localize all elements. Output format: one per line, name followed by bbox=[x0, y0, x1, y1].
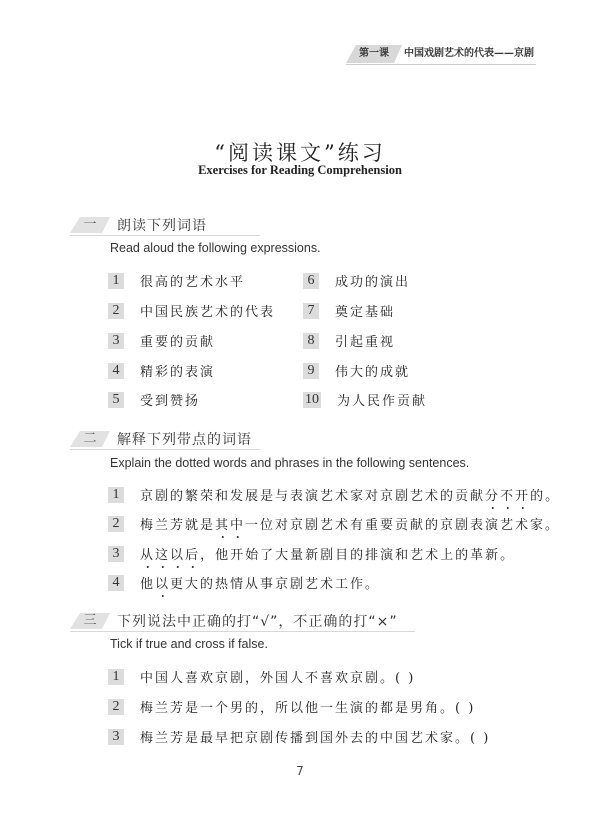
section-rule bbox=[70, 449, 260, 450]
section-1-instruction: Read aloud the following expressions. bbox=[110, 241, 321, 255]
list-item: 2梅兰芳是一个男的，所以他一生演的都是男角。( ) bbox=[108, 696, 475, 714]
section-number: 三 bbox=[70, 613, 110, 629]
item-number: 9 bbox=[303, 363, 319, 379]
section-rule bbox=[70, 235, 260, 236]
item-number: 2 bbox=[108, 516, 124, 532]
item-text: 梅兰芳就是其中一位对京剧艺术有重要贡献的京剧表演艺术家。 bbox=[140, 514, 560, 533]
item-text: 引起重视 bbox=[335, 331, 395, 350]
item-text: 梅兰芳是一个男的，所以他一生演的都是男角。( ) bbox=[140, 697, 475, 716]
item-text: 京剧的繁荣和发展是与表演艺术家对京剧艺术的贡献分不开的。 bbox=[140, 485, 560, 504]
item-number: 3 bbox=[108, 729, 124, 745]
item-text: 重要的贡献 bbox=[140, 331, 215, 350]
section-number: 一 bbox=[70, 217, 110, 233]
dotted-phrase: 从这以后 bbox=[140, 548, 200, 563]
list-item: 6成功的演出 bbox=[303, 270, 410, 288]
list-item: 5受到赞扬 bbox=[108, 389, 200, 407]
item-text: 精彩的表演 bbox=[140, 361, 215, 380]
list-item: 1京剧的繁荣和发展是与表演艺术家对京剧艺术的贡献分不开的。 bbox=[108, 484, 560, 502]
section-3-instruction: Tick if true and cross if false. bbox=[110, 637, 268, 651]
item-text: 中国人喜欢京剧，外国人不喜欢京剧。( ) bbox=[140, 667, 415, 686]
section-label: 下列说法中正确的打“√”，不正确的打“×” bbox=[117, 611, 398, 631]
item-text: 梅兰芳是最早把京剧传播到国外去的中国艺术家。( ) bbox=[140, 727, 490, 746]
item-number: 3 bbox=[108, 546, 124, 562]
item-number: 6 bbox=[303, 273, 319, 289]
item-number: 1 bbox=[108, 669, 124, 685]
dotted-phrase: 其中 bbox=[215, 518, 245, 533]
list-item: 4精彩的表演 bbox=[108, 360, 215, 378]
item-text: 从这以后，他开始了大量新剧目的排演和艺术上的革新。 bbox=[140, 544, 515, 563]
header-rule bbox=[346, 64, 536, 65]
section-2-instruction: Explain the dotted words and phrases in … bbox=[110, 456, 469, 470]
item-text: 成功的演出 bbox=[335, 271, 410, 290]
list-item: 10为人民作贡献 bbox=[303, 389, 427, 407]
item-number: 3 bbox=[108, 333, 124, 349]
section-rule bbox=[70, 631, 415, 632]
page-subtitle: Exercises for Reading Comprehension bbox=[0, 163, 600, 178]
list-item: 2梅兰芳就是其中一位对京剧艺术有重要贡献的京剧表演艺术家。 bbox=[108, 513, 560, 531]
item-text: 为人民作贡献 bbox=[337, 390, 427, 409]
list-item: 7奠定基础 bbox=[303, 300, 395, 318]
list-item: 4他以更大的热情从事京剧艺术工作。 bbox=[108, 572, 380, 590]
list-item: 3从这以后，他开始了大量新剧目的排演和艺术上的革新。 bbox=[108, 543, 515, 561]
item-text: 受到赞扬 bbox=[140, 390, 200, 409]
list-item: 2中国民族艺术的代表 bbox=[108, 300, 275, 318]
item-text: 很高的艺术水平 bbox=[140, 271, 245, 290]
item-number: 2 bbox=[108, 699, 124, 715]
dotted-phrase: 以 bbox=[155, 577, 170, 592]
item-number: 1 bbox=[108, 273, 124, 289]
item-number: 1 bbox=[108, 487, 124, 503]
section-label: 解释下列带点的词语 bbox=[117, 429, 252, 449]
page-number: 7 bbox=[0, 764, 600, 778]
running-header: 第一课 中国戏剧艺术的代表——京剧 bbox=[346, 45, 530, 65]
item-text: 他以更大的热情从事京剧艺术工作。 bbox=[140, 573, 380, 592]
list-item: 3重要的贡献 bbox=[108, 330, 215, 348]
list-item: 3梅兰芳是最早把京剧传播到国外去的中国艺术家。( ) bbox=[108, 726, 490, 744]
item-text: 奠定基础 bbox=[335, 301, 395, 320]
section-label: 朗读下列词语 bbox=[117, 215, 207, 235]
dotted-phrase: 分不开 bbox=[485, 489, 530, 504]
list-item: 1中国人喜欢京剧，外国人不喜欢京剧。( ) bbox=[108, 666, 415, 684]
item-text: 中国民族艺术的代表 bbox=[140, 301, 275, 320]
item-number: 7 bbox=[303, 303, 319, 319]
item-number: 10 bbox=[303, 392, 321, 408]
lesson-label: 第一课 bbox=[346, 45, 402, 63]
list-item: 9伟大的成就 bbox=[303, 360, 410, 378]
section-number: 二 bbox=[70, 431, 110, 447]
item-number: 8 bbox=[303, 333, 319, 349]
item-number: 5 bbox=[108, 392, 124, 408]
item-number: 2 bbox=[108, 303, 124, 319]
item-number: 4 bbox=[108, 363, 124, 379]
item-number: 4 bbox=[108, 575, 124, 591]
list-item: 1很高的艺术水平 bbox=[108, 270, 245, 288]
lesson-title: 中国戏剧艺术的代表——京剧 bbox=[404, 45, 534, 63]
list-item: 8引起重视 bbox=[303, 330, 395, 348]
item-text: 伟大的成就 bbox=[335, 361, 410, 380]
